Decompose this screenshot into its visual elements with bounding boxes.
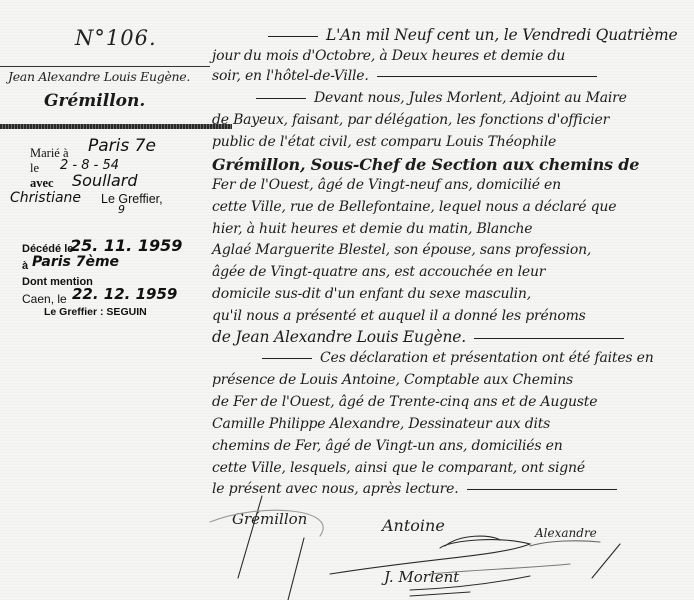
mention-place-label: Caen, le	[22, 292, 67, 306]
marriage-spouse-surname: Soullard	[72, 171, 138, 190]
act-line-13: domicile sus-dit d'un enfant du sexe mas…	[212, 286, 531, 302]
death-date: 25. 11. 1959	[70, 236, 182, 255]
death-place-label: à	[22, 260, 28, 272]
dash-rule	[377, 76, 597, 77]
act-line-4: Devant nous, Jules Morlent, Adjoint au M…	[256, 90, 627, 106]
act-line-9: cette Ville, rue de Bellefontaine, leque…	[212, 199, 616, 215]
act-line-21: cette Ville, lesquels, ainsi que le comp…	[212, 460, 585, 476]
act-line-15: de Jean Alexandre Louis Eugène.	[212, 328, 624, 346]
act-line-7: Grémillon, Sous-Chef de Section aux chem…	[212, 155, 639, 174]
act-line-10: hier, à huit heures et demie du matin, B…	[212, 221, 532, 237]
dash-rule	[474, 338, 624, 339]
marriage-place: Paris 7e	[88, 136, 156, 156]
marriage-clerk-mark: 9	[118, 203, 125, 216]
margin-child-surname: Grémillon.	[44, 91, 145, 111]
act-line-5: de Bayeux, faisant, par délégation, les …	[212, 112, 609, 128]
death-place: Paris 7ème	[32, 254, 119, 270]
act-line-16: Ces déclaration et présentation ont été …	[262, 350, 654, 366]
act-line-text: Devant nous, Jules Morlent, Adjoint au M…	[314, 90, 627, 106]
register-number: N°106.	[75, 26, 157, 50]
marriage-clerk-label: Le Greffier,	[101, 192, 163, 206]
dash-rule	[262, 358, 312, 359]
act-line-text: de Jean Alexandre Louis Eugène.	[212, 328, 466, 346]
margin-rule-thick	[0, 124, 232, 129]
margin-rule-top	[0, 66, 210, 67]
mention-date: 22. 12. 1959	[72, 285, 177, 303]
act-line-19: Camille Philippe Alexandre, Dessinateur …	[212, 416, 550, 432]
act-line-3: soir, en l'hôtel-de-Ville.	[212, 68, 597, 84]
act-line-2: jour du mois d'Octobre, à Deux heures et…	[212, 48, 565, 64]
act-line-text: Ces déclaration et présentation ont été …	[320, 350, 654, 366]
act-line-20: chemins de Fer, âgé de Vingt-un ans, dom…	[212, 438, 563, 454]
act-line-8: Fer de l'Ouest, âgé de Vingt-neuf ans, d…	[212, 177, 561, 193]
marriage-spouse-given-name: Christiane	[10, 190, 81, 206]
margin-column: N°106. Jean Alexandre Louis Eugène. Grém…	[0, 0, 232, 600]
act-line-6: public de l'état civil, est comparu Loui…	[212, 134, 556, 150]
signature-flourishes-icon	[200, 488, 694, 600]
act-line-1: L'An mil Neuf cent un, le Vendredi Quatr…	[268, 26, 677, 44]
act-line-text: L'An mil Neuf cent un, le Vendredi Quatr…	[326, 26, 677, 44]
act-line-14: qu'il nous a présenté et auquel il a don…	[212, 308, 586, 324]
act-line-11: Aglaé Marguerite Blestel, son épouse, sa…	[212, 242, 591, 258]
act-line-text: soir, en l'hôtel-de-Ville.	[212, 68, 369, 84]
dash-rule	[256, 98, 306, 99]
scanned-register-page: N°106. Jean Alexandre Louis Eugène. Grém…	[0, 0, 694, 600]
act-line-12: âgée de Vingt-quatre ans, est accouchée …	[212, 264, 545, 280]
act-line-17: présence de Louis Antoine, Comptable aux…	[212, 372, 573, 388]
margin-child-given-names: Jean Alexandre Louis Eugène.	[8, 69, 223, 84]
death-clerk-signature: Le Greffier : SEGUIN	[44, 306, 147, 318]
marriage-date-label: le	[30, 161, 39, 176]
marriage-spouse-label: avec	[30, 176, 54, 191]
dash-rule	[268, 36, 318, 37]
act-line-18: de Fer de l'Ouest, âgé de Trente-cinq an…	[212, 394, 597, 410]
